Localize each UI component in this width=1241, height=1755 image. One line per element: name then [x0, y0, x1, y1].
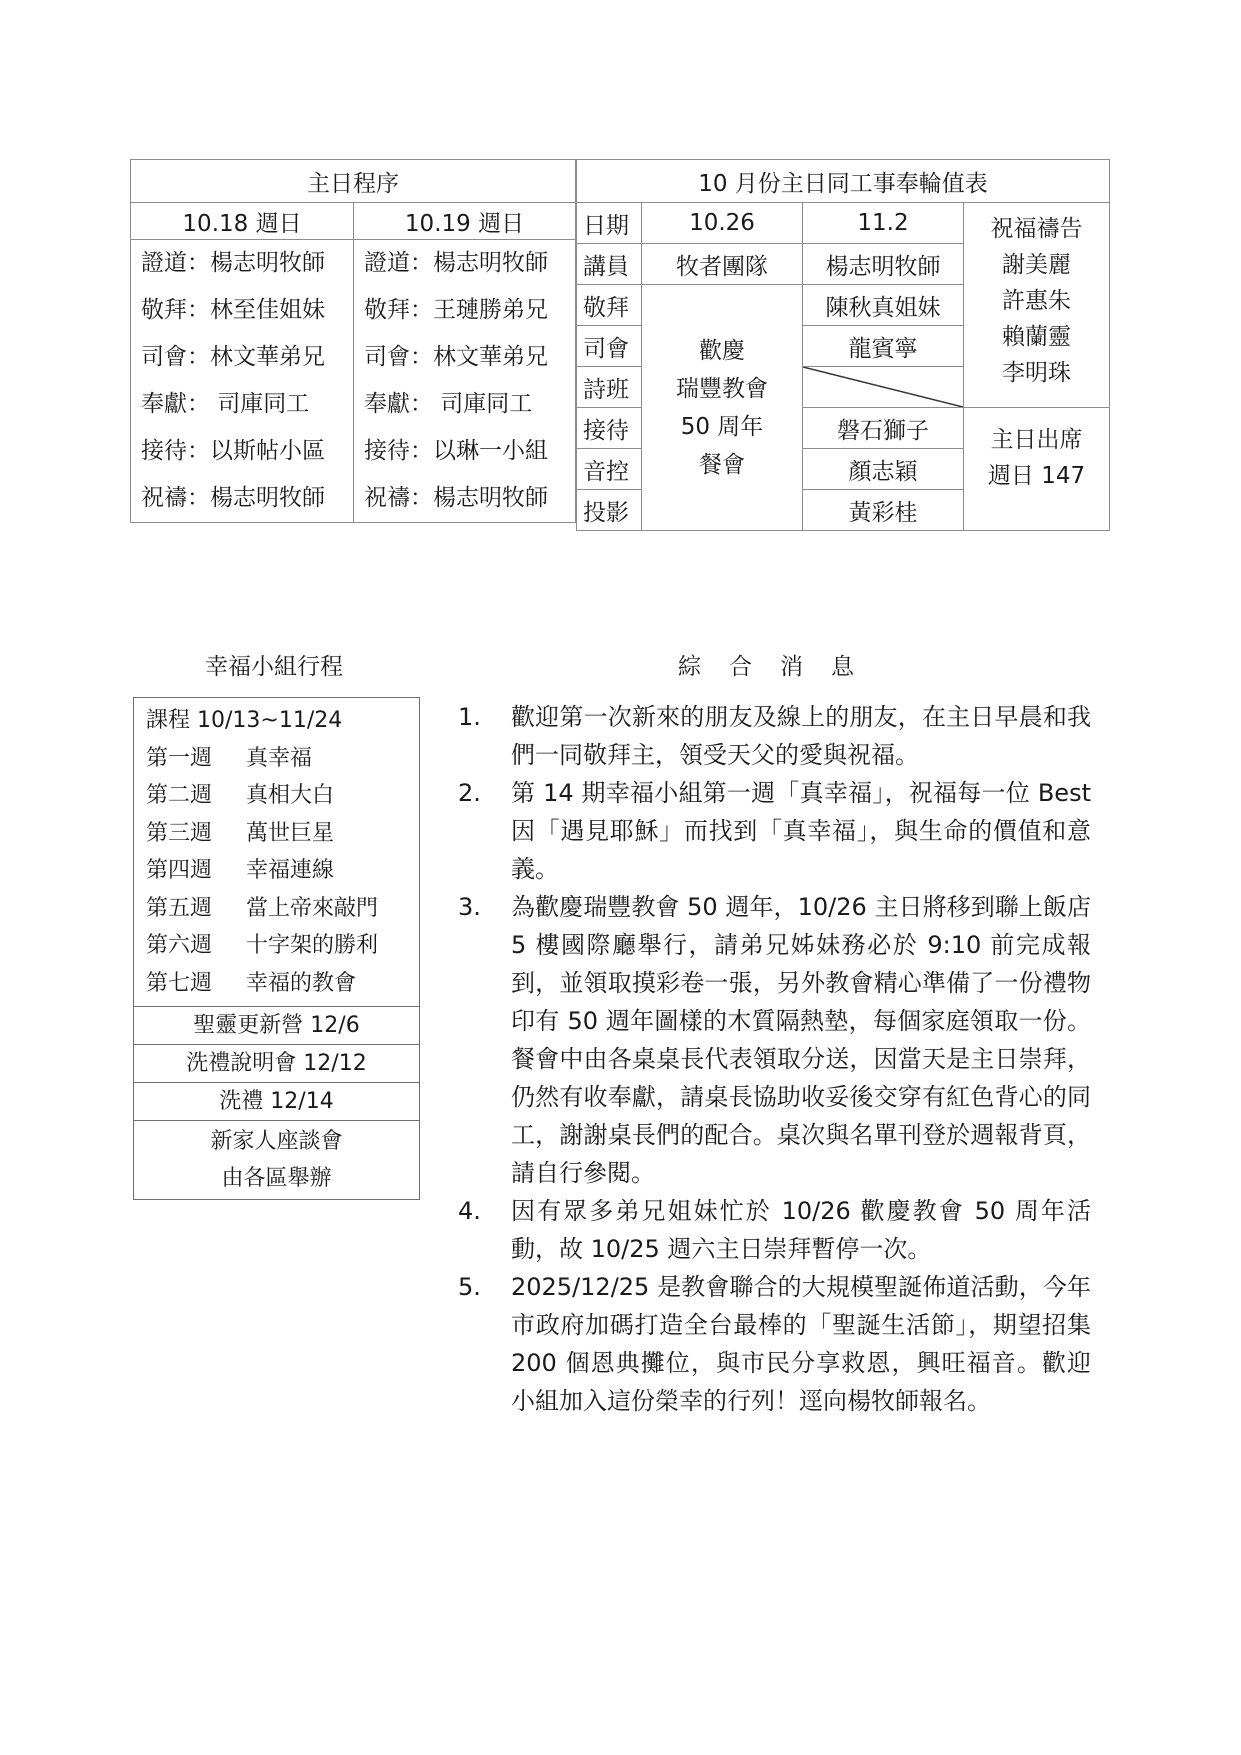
empty-diagonal-cell [803, 367, 964, 408]
prayer-list: 祝福禱告 謝美麗 許惠朱 賴蘭靈 李明珠 [964, 203, 1110, 408]
week-topic: 幸福連線 [246, 858, 334, 883]
week-label: 第一週 [146, 740, 246, 778]
news-text: 為歡慶瑞豐教會 50 週年，10/26 主日將移到聯上飯店 5 樓國際廳舉行，請… [511, 888, 1091, 1192]
news-title: 綜合消息 [678, 648, 882, 681]
news-text: 2025/12/25 是教會聯合的大規模聖誕佈道活動，今年市政府加碼打造全台最棒… [511, 1268, 1091, 1420]
prayer-name: 許惠朱 [964, 283, 1109, 319]
week-row: 第七週幸福的教會 [146, 965, 419, 1003]
service-row: 敬拜：林至佳姐妹 [131, 287, 353, 334]
service-order-title: 主日程序 [131, 160, 576, 203]
small-group-title: 幸福小組行程 [205, 648, 343, 681]
banquet-line: 50 周年 [642, 408, 802, 446]
roster-table: 10 月份主日同工事奉輪值表 日期 10.26 11.2 祝福禱告 謝美麗 許惠… [576, 159, 1110, 531]
week-topic: 十字架的勝利 [246, 933, 378, 958]
news-number: 1. [455, 698, 511, 774]
news-text: 因有眾多弟兄姐妹忙於 10/26 歡慶教會 50 周年活動，故 10/25 週六… [511, 1192, 1091, 1268]
service-row: 敬拜：王璉勝弟兄 [354, 287, 575, 334]
roster-title: 10 月份主日同工事奉輪值表 [577, 160, 1110, 203]
roster-cell-112: 龍賓寧 [803, 326, 964, 367]
week-label: 第六週 [146, 927, 246, 965]
event-spirit-camp: 聖靈更新營 12/6 [134, 1006, 419, 1044]
small-group-box: 課程 10/13~11/24 第一週真幸福 第二週真相大白 第三週萬世巨星 第四… [133, 697, 420, 1200]
event-line: 新家人座談會 [134, 1123, 419, 1160]
banquet-line: 歡慶 [642, 332, 802, 370]
service-date-1018: 10.18 週日 [131, 203, 354, 240]
news-text: 第 14 期幸福小組第一週「真幸福」，祝福每一位 Best 因「遇見耶穌」而找到… [511, 774, 1091, 888]
service-column-1019: 證道：楊志明牧師 敬拜：王璉勝弟兄 司會：林文華弟兄 奉獻： 司庫同工 接待：以… [354, 240, 576, 523]
service-row: 司會：林文華弟兄 [354, 334, 575, 381]
news-item: 3. 為歡慶瑞豐教會 50 週年，10/26 主日將移到聯上飯店 5 樓國際廳舉… [455, 888, 1095, 1192]
prayer-name: 賴蘭靈 [964, 319, 1109, 355]
event-newcomer-forum: 新家人座談會 由各區舉辦 [134, 1120, 419, 1199]
news-number: 3. [455, 888, 511, 1192]
attendance-cell: 主日出席 週日 147 [964, 408, 1110, 531]
news-item: 5. 2025/12/25 是教會聯合的大規模聖誕佈道活動，今年市政府加碼打造全… [455, 1268, 1095, 1420]
role-label: 投影 [577, 490, 642, 531]
week-topic: 幸福的教會 [246, 971, 356, 996]
service-row: 奉獻： 司庫同工 [131, 381, 353, 428]
prayer-name: 李明珠 [964, 355, 1109, 391]
service-row: 接待：以琳一小組 [354, 428, 575, 475]
prayer-name: 謝美麗 [964, 247, 1109, 283]
week-row: 第二週真相大白 [146, 777, 419, 815]
week-label: 第七週 [146, 965, 246, 1003]
service-row: 奉獻： 司庫同工 [354, 381, 575, 428]
week-label: 第三週 [146, 815, 246, 853]
news-list: 1. 歡迎第一次新來的朋友及線上的朋友，在主日早晨和我們一同敬拜主，領受天父的愛… [455, 698, 1095, 1420]
week-row: 第五週當上帝來敲門 [146, 890, 419, 928]
week-topic: 萬世巨星 [246, 821, 334, 846]
news-number: 4. [455, 1192, 511, 1268]
roster-cell-112: 黃彩桂 [803, 490, 964, 531]
service-row: 接待：以斯帖小區 [131, 428, 353, 475]
roster-date-label: 日期 [577, 203, 642, 244]
week-row: 第六週十字架的勝利 [146, 927, 419, 965]
week-row: 第三週萬世巨星 [146, 815, 419, 853]
prayer-heading: 祝福禱告 [964, 211, 1109, 247]
event-baptism: 洗禮 12/14 [134, 1082, 419, 1120]
attendance-count: 週日 147 [964, 458, 1109, 494]
news-item: 1. 歡迎第一次新來的朋友及線上的朋友，在主日早晨和我們一同敬拜主，領受天父的愛… [455, 698, 1095, 774]
attendance-label: 主日出席 [964, 422, 1109, 458]
service-row: 證道：楊志明牧師 [131, 240, 353, 287]
anniversary-banquet-cell: 歡慶 瑞豐教會 50 周年 餐會 [642, 285, 803, 531]
week-label: 第四週 [146, 852, 246, 890]
service-column-1018: 證道：楊志明牧師 敬拜：林至佳姐妹 司會：林文華弟兄 奉獻： 司庫同工 接待：以… [131, 240, 354, 523]
roster-cell-112: 陳秋真姐妹 [803, 285, 964, 326]
course-range: 課程 10/13~11/24 [146, 702, 419, 740]
role-label: 詩班 [577, 367, 642, 408]
news-item: 2. 第 14 期幸福小組第一週「真幸福」，祝福每一位 Best 因「遇見耶穌」… [455, 774, 1095, 888]
small-group-course-list: 課程 10/13~11/24 第一週真幸福 第二週真相大白 第三週萬世巨星 第四… [134, 698, 419, 1006]
service-row: 祝禱：楊志明牧師 [131, 475, 353, 522]
banquet-line: 餐會 [642, 446, 802, 484]
roster-cell-112: 楊志明牧師 [803, 244, 964, 285]
week-topic: 真幸福 [246, 746, 312, 771]
speaker-1026: 牧者團隊 [642, 244, 803, 285]
news-number: 2. [455, 774, 511, 888]
service-row: 司會：林文華弟兄 [131, 334, 353, 381]
news-number: 5. [455, 1268, 511, 1420]
role-label: 講員 [577, 244, 642, 285]
service-order-table: 主日程序 10.18 週日 10.19 週日 證道：楊志明牧師 敬拜：林至佳姐妹… [130, 159, 576, 523]
week-topic: 當上帝來敲門 [246, 896, 378, 921]
event-line: 由各區舉辦 [134, 1160, 419, 1197]
week-label: 第五週 [146, 890, 246, 928]
event-baptism-briefing: 洗禮說明會 12/12 [134, 1044, 419, 1082]
week-topic: 真相大白 [246, 783, 334, 808]
news-item: 4. 因有眾多弟兄姐妹忙於 10/26 歡慶教會 50 周年活動，故 10/25… [455, 1192, 1095, 1268]
week-row: 第一週真幸福 [146, 740, 419, 778]
service-row: 證道：楊志明牧師 [354, 240, 575, 287]
roster-date-1026: 10.26 [642, 203, 803, 244]
diagonal-line-icon [803, 367, 963, 407]
news-text: 歡迎第一次新來的朋友及線上的朋友，在主日早晨和我們一同敬拜主，領受天父的愛與祝福… [511, 698, 1091, 774]
role-label: 敬拜 [577, 285, 642, 326]
week-row: 第四週幸福連線 [146, 852, 419, 890]
role-label: 接待 [577, 408, 642, 449]
roster-date-112: 11.2 [803, 203, 964, 244]
service-row: 祝禱：楊志明牧師 [354, 475, 575, 522]
role-label: 音控 [577, 449, 642, 490]
service-date-1019: 10.19 週日 [354, 203, 576, 240]
week-label: 第二週 [146, 777, 246, 815]
roster-cell-112: 顏志穎 [803, 449, 964, 490]
role-label: 司會 [577, 326, 642, 367]
roster-cell-112: 磐石獅子 [803, 408, 964, 449]
banquet-line: 瑞豐教會 [642, 370, 802, 408]
